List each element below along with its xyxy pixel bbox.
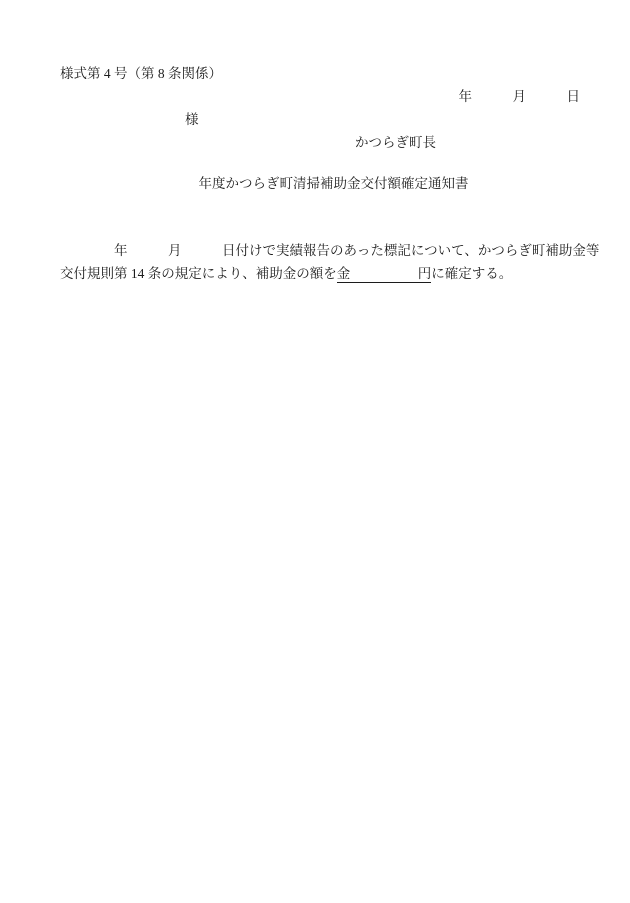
document-title: 年度かつらぎ町清掃補助金交付額確定通知書 [60,172,580,195]
document-page: 様式第 4 号（第 8 条関係） 年 月 日 様 かつらぎ町長 年度かつらぎ町清… [0,0,630,903]
body-line-2: 交付規則第 14 条の規定により、補助金の額を金 円に確定する。 [60,262,580,285]
date-blank-line: 年 月 日 [60,85,580,108]
body-line-2-prefix: 交付規則第 14 条の規定により、補助金の額を [60,266,337,281]
body-line-2-suffix: に確定する。 [431,266,512,281]
amount-blank-field: 金 円 [337,265,432,283]
body-line-1: 年 月 日付けで実績報告のあった標記について、かつらぎ町補助金等 [60,239,580,262]
addressee-line: 様 [60,108,580,131]
form-number: 様式第 4 号（第 8 条関係） [60,62,580,85]
body-paragraph: 年 月 日付けで実績報告のあった標記について、かつらぎ町補助金等交付規則第 14… [60,239,580,285]
sender-line: かつらぎ町長 [60,131,580,154]
